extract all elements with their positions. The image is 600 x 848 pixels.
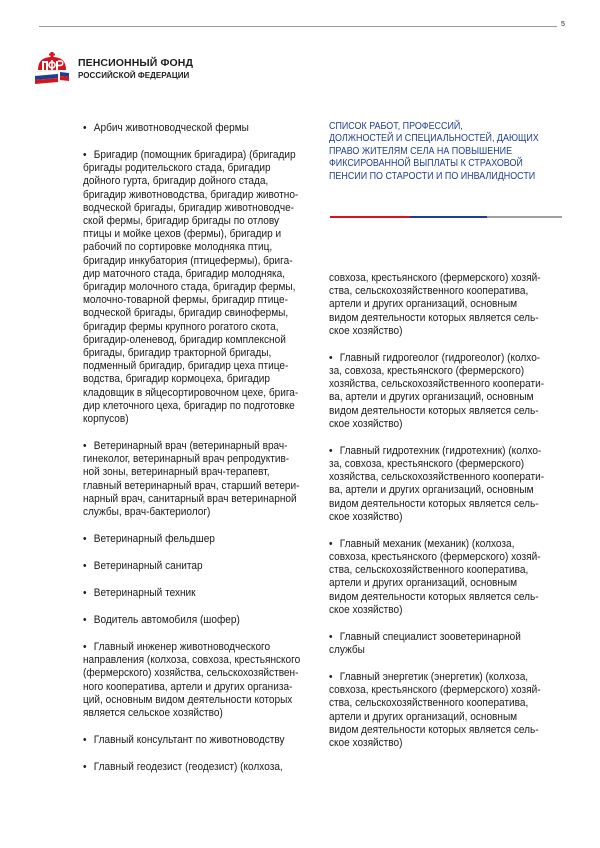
- list-item: •Главный специалист зооветеринарной служ…: [329, 631, 559, 657]
- bullet-icon: •: [329, 671, 340, 684]
- tricolor-divider: [330, 216, 562, 218]
- list-item: •Главный инженер животноводческого напра…: [83, 641, 313, 720]
- list-item-text: Ветеринарный санитар: [94, 560, 203, 572]
- page-number: 5: [561, 21, 565, 28]
- bullet-icon: •: [83, 149, 94, 162]
- divider-gray: [487, 216, 562, 218]
- divider-red: [330, 216, 410, 218]
- list-item-text: Ветеринарный фельдшер: [94, 533, 215, 545]
- bullet-icon: •: [329, 445, 340, 458]
- bullet-icon: •: [83, 587, 94, 600]
- bullet-icon: •: [83, 560, 94, 573]
- list-item: •Главный механик (механик) (колхоза, сов…: [329, 538, 559, 617]
- list-item-text: Главный механик (механик) (колхоза, совх…: [329, 538, 541, 616]
- list-item: •Главный консультант по животноводству: [83, 734, 313, 747]
- list-item: •Главный энергетик (энергетик) (колхоза,…: [329, 671, 559, 750]
- heading-line: СПИСОК РАБОТ, ПРОФЕССИЙ,: [329, 121, 553, 133]
- list-item-text: Арбич животноводческой фермы: [94, 122, 249, 134]
- list-item: •Главный геодезист (геодезист) (колхоза,: [83, 761, 313, 774]
- heading-line: ДОЛЖНОСТЕЙ И СПЕЦИАЛЬНОСТЕЙ, ДАЮЩИХ: [329, 133, 553, 145]
- bullet-icon: •: [83, 614, 94, 627]
- bullet-icon: •: [83, 641, 94, 654]
- list-item-text: Главный инженер животноводческого направ…: [83, 641, 300, 719]
- list-item: •Главный гидрогеолог (гидрогеолог) (колх…: [329, 352, 559, 431]
- list-item: •Ветеринарный врач (ветеринарный врач- г…: [83, 440, 313, 519]
- bullet-icon: •: [83, 734, 94, 747]
- bullet-icon: •: [83, 440, 94, 453]
- list-item-text: Главный консультант по животноводству: [94, 734, 285, 746]
- pfr-emblem-icon: [34, 50, 70, 86]
- left-column: •Арбич животноводческой фермы•Бригадир (…: [83, 122, 315, 788]
- list-item: •Главный гидротехник (гидротехник) (колх…: [329, 445, 559, 524]
- list-item: совхоза, крестьянского (фермерского) хоз…: [329, 272, 559, 338]
- list-item-text: Главный геодезист (геодезист) (колхоза,: [94, 761, 283, 773]
- list-item: •Ветеринарный техник: [83, 587, 313, 600]
- bullet-icon: •: [329, 352, 340, 365]
- header-rule: [39, 26, 557, 27]
- list-item: •Водитель автомобиля (шофер): [83, 614, 313, 627]
- heading-line: ФИКСИРОВАННОЙ ВЫПЛАТЫ К СТРАХОВОЙ: [329, 158, 553, 170]
- section-heading: СПИСОК РАБОТ, ПРОФЕССИЙ, ДОЛЖНОСТЕЙ И СП…: [329, 121, 553, 183]
- heading-line: ПЕНСИИ ПО СТАРОСТИ И ПО ИНВАЛИДНОСТИ: [329, 171, 553, 183]
- list-item-text: Главный энергетик (энергетик) (колхоза, …: [329, 671, 541, 749]
- bullet-icon: •: [83, 122, 94, 135]
- list-item: •Арбич животноводческой фермы: [83, 122, 313, 135]
- list-item-text: Главный специалист зооветеринарной служб…: [329, 631, 521, 656]
- list-item-text: Ветеринарный техник: [94, 587, 196, 599]
- list-item: •Ветеринарный фельдшер: [83, 533, 313, 546]
- list-item-text: совхоза, крестьянского (фермерского) хоз…: [329, 272, 541, 337]
- bullet-icon: •: [83, 533, 94, 546]
- list-item-text: Главный гидротехник (гидротехник) (колхо…: [329, 445, 544, 523]
- org-name-line2: РОССИЙСКОЙ ФЕДЕРАЦИИ: [78, 70, 193, 82]
- bullet-icon: •: [83, 761, 94, 774]
- list-item-text: Водитель автомобиля (шофер): [94, 614, 240, 626]
- bullet-icon: •: [329, 538, 340, 551]
- list-item-text: Главный гидрогеолог (гидрогеолог) (колхо…: [329, 352, 544, 430]
- organization-name: ПЕНСИОННЫЙ ФОНД РОССИЙСКОЙ ФЕДЕРАЦИИ: [78, 57, 193, 82]
- list-item-text: Ветеринарный врач (ветеринарный врач- ги…: [83, 440, 300, 518]
- org-name-line1: ПЕНСИОННЫЙ ФОНД: [78, 57, 193, 70]
- heading-line: ПРАВО ЖИТЕЛЯМ СЕЛА НА ПОВЫШЕНИЕ: [329, 146, 553, 158]
- right-column: совхоза, крестьянского (фермерского) хоз…: [329, 272, 561, 764]
- divider-blue: [410, 216, 487, 218]
- list-item: •Ветеринарный санитар: [83, 560, 313, 573]
- list-item-text: Бригадир (помощник бригадира) (бригадир …: [83, 149, 298, 425]
- bullet-icon: •: [329, 631, 340, 644]
- list-item: •Бригадир (помощник бригадира) (бригадир…: [83, 149, 313, 426]
